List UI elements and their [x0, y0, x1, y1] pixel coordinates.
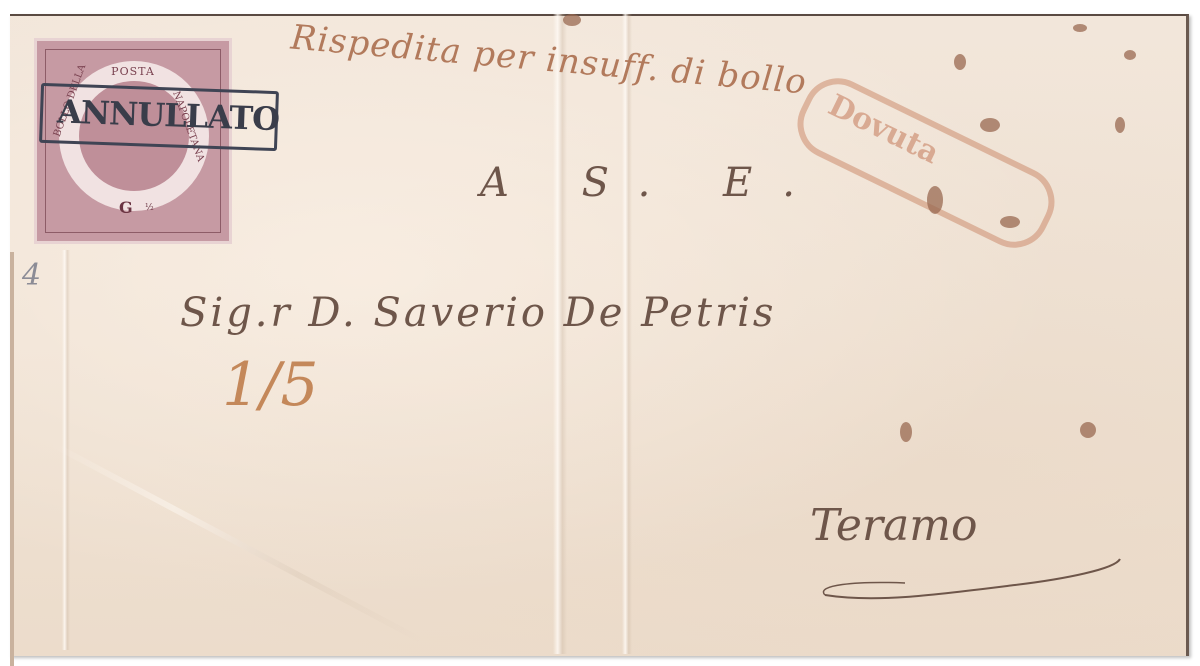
- ink-spots: [0, 0, 1200, 666]
